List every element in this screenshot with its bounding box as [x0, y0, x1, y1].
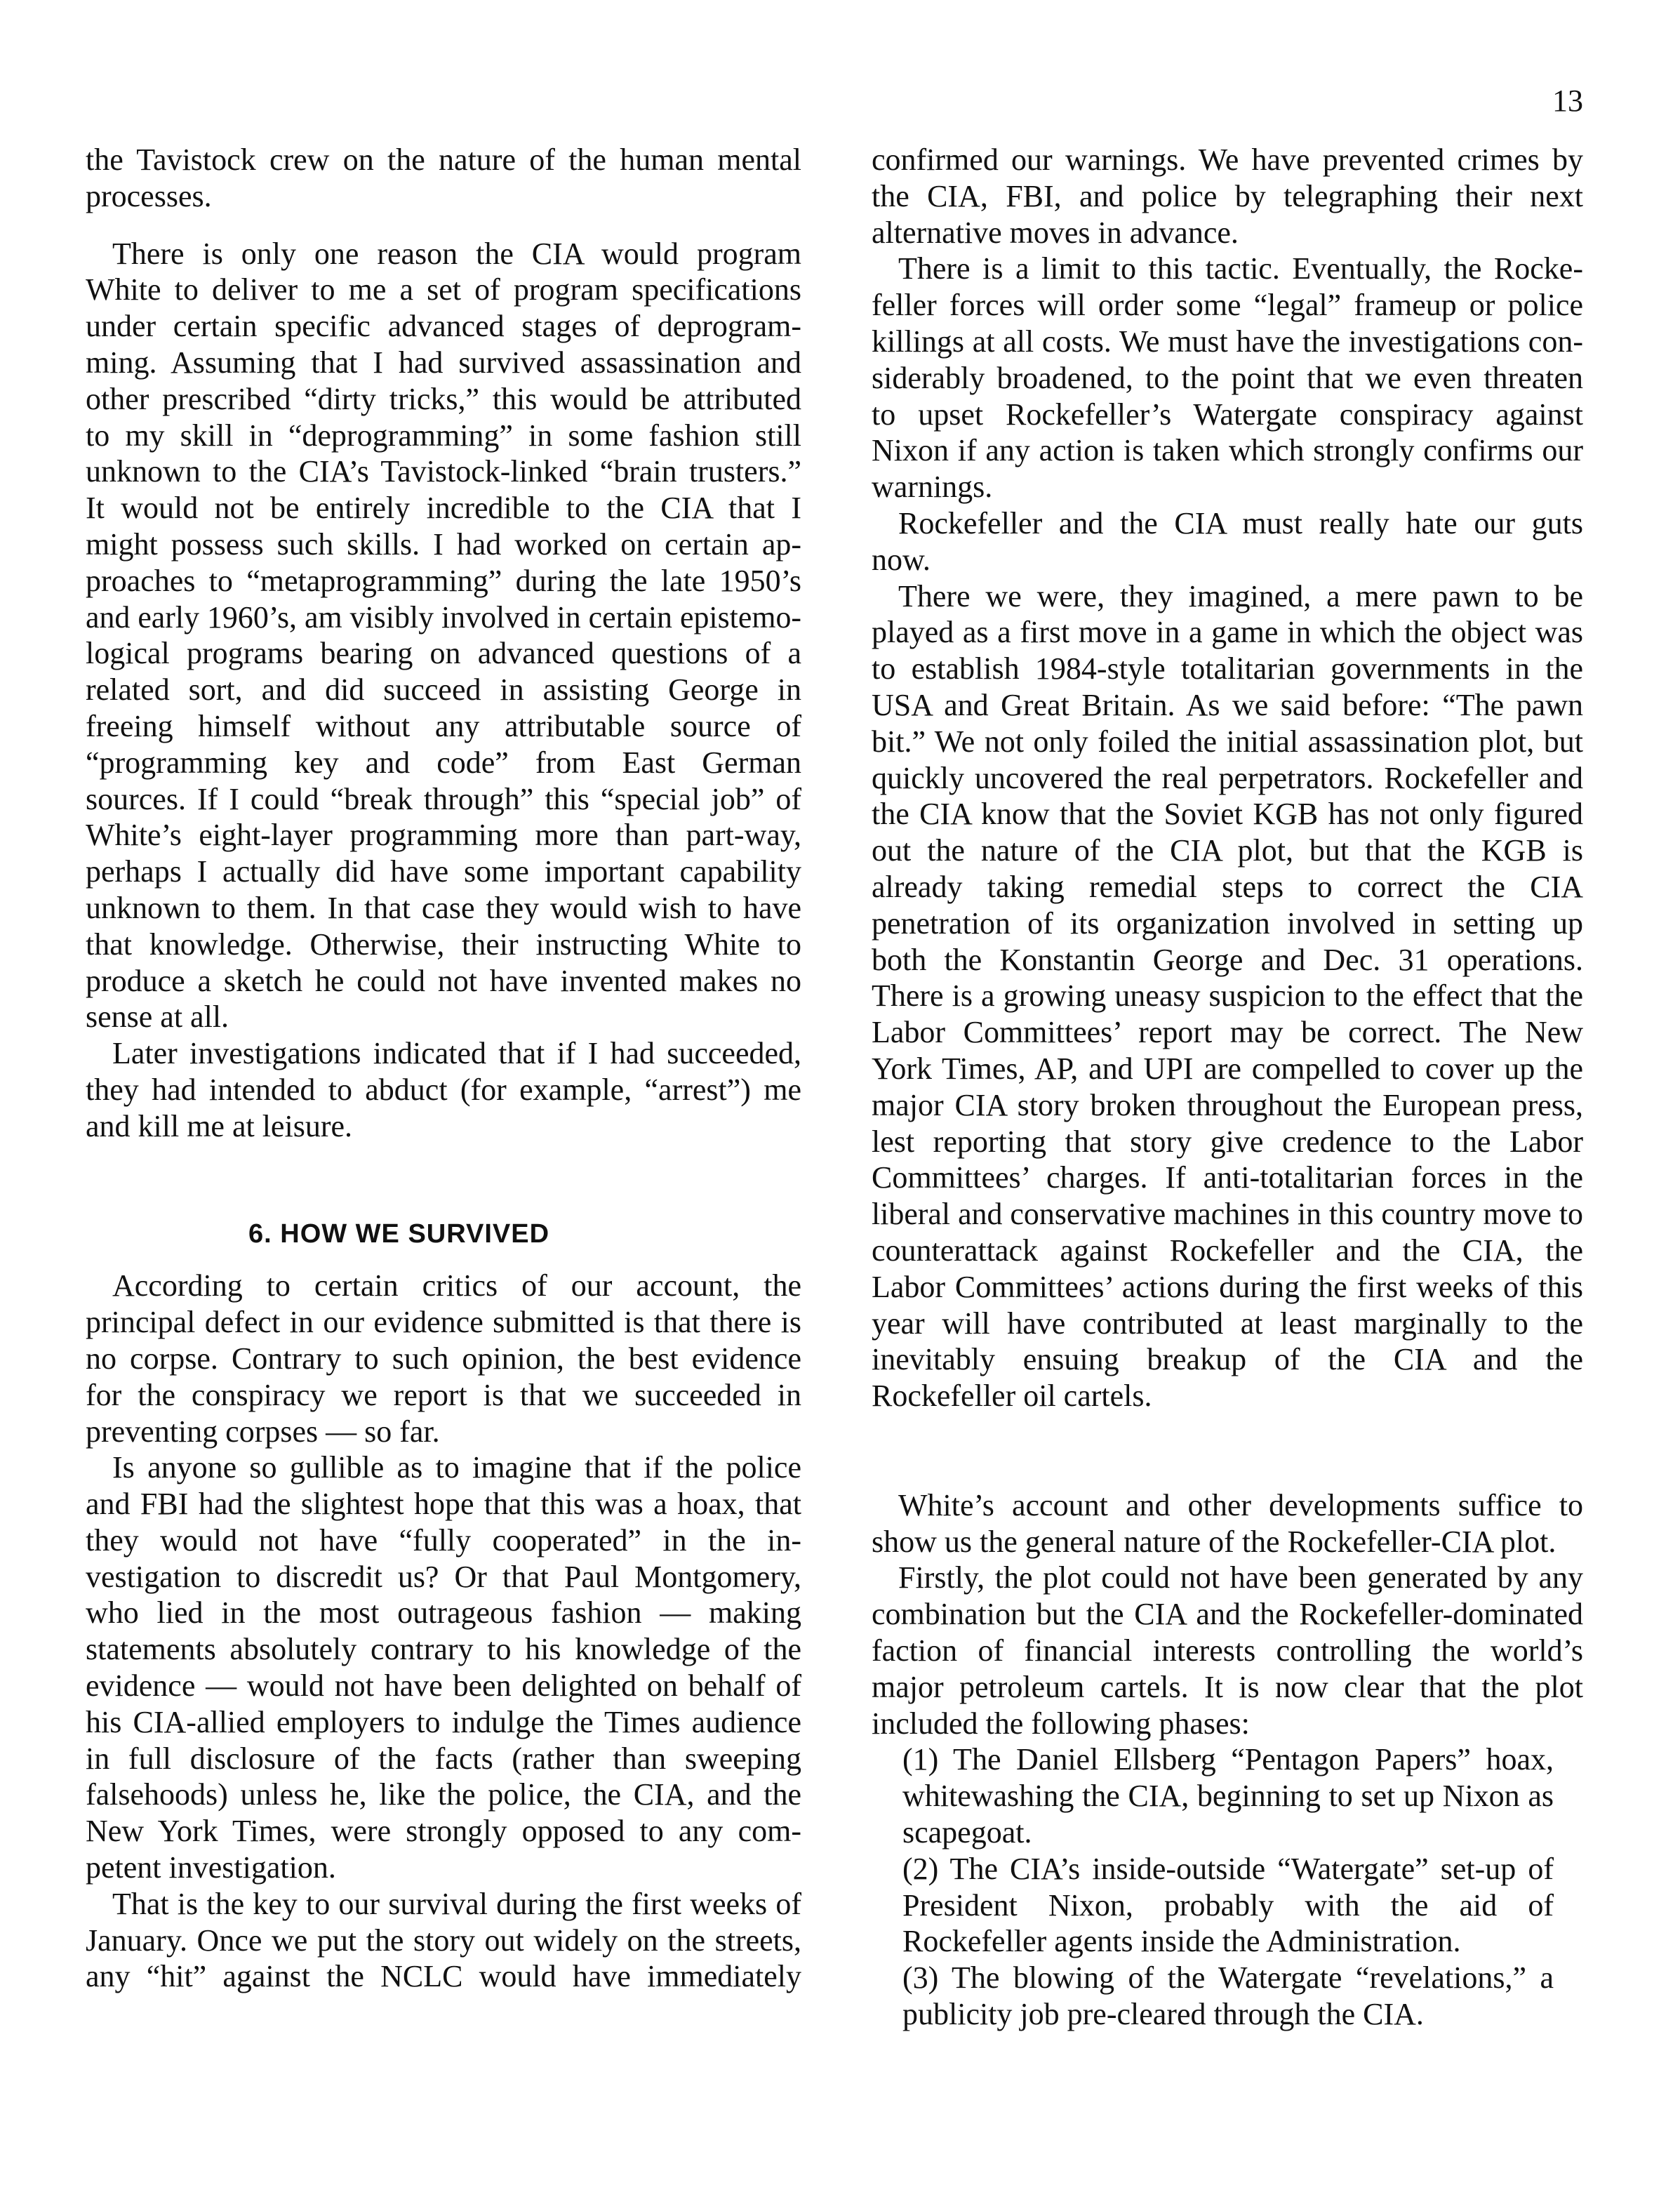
text-line: siderably broadened, to the point that w… — [872, 360, 1583, 397]
text-line: There is a limit to this tactic. Eventua… — [872, 251, 1583, 287]
paragraph: There is only one reason the CIA would p… — [86, 236, 801, 1036]
text-line: included the following phases: — [872, 1706, 1583, 1742]
text-line: principal defect in our evidence submitt… — [86, 1304, 801, 1341]
text-line: bit.” We not only foiled the initial ass… — [872, 724, 1583, 760]
text-line: faction of financial interests controlli… — [872, 1633, 1583, 1669]
paragraph: Later investigations indicated that if I… — [86, 1035, 801, 1144]
text-line: out the nature of the CIA plot, but that… — [872, 832, 1583, 869]
paragraph: Rockefeller and the CIA must really hate… — [872, 505, 1583, 578]
text-line: killings at all costs. We must have the … — [872, 324, 1583, 360]
text-line: statements absolutely contrary to his kn… — [86, 1631, 801, 1668]
text-line: might possess such skills. I had worked … — [86, 526, 801, 563]
text-line: logical programs bearing on advanced que… — [86, 635, 801, 672]
text-line: related sort, and did succeed in assisti… — [86, 672, 801, 708]
list-item: (1) The Daniel Ellsberg “Pentagon Papers… — [872, 1741, 1583, 1850]
text-line: ming. Assuming that I had survived assas… — [86, 345, 801, 381]
text-line: and early 1960’s, am visibly involved in… — [86, 599, 801, 636]
text-line: publicity job pre-cleared through the CI… — [872, 1996, 1554, 2033]
text-line: the Tavistock crew on the nature of the … — [86, 142, 801, 178]
text-line: vestigation to discredit us? Or that Pau… — [86, 1559, 801, 1595]
text-line: That is the key to our survival during t… — [86, 1886, 801, 1923]
right-column: confirmed our warnings. We have prevente… — [872, 142, 1583, 2033]
text-line: proaches to “metaprogramming” during the… — [86, 563, 801, 599]
text-line: unknown to them. In that case they would… — [86, 890, 801, 927]
text-line: White to deliver to me a set of program … — [86, 272, 801, 308]
text-line: New York Times, were strongly opposed to… — [86, 1813, 801, 1850]
text-line: to upset Rockefeller’s Watergate conspir… — [872, 397, 1583, 433]
text-line: major CIA story broken throughout the Eu… — [872, 1087, 1583, 1124]
text-line: in full disclosure of the facts (rather … — [86, 1741, 801, 1777]
text-line: According to certain critics of our acco… — [86, 1268, 801, 1304]
text-line: feller forces will order some “legal” fr… — [872, 287, 1583, 324]
text-line: year will have contributed at least marg… — [872, 1306, 1583, 1342]
text-line: penetration of its organization involved… — [872, 905, 1583, 942]
text-line: USA and Great Britain. As we said before… — [872, 687, 1583, 724]
text-line: There we were, they imagined, a mere paw… — [872, 578, 1583, 615]
text-line: sources. If I could “break through” this… — [86, 781, 801, 818]
text-line: It would not be entirely incredible to t… — [86, 490, 801, 526]
text-line: major petroleum cartels. It is now clear… — [872, 1669, 1583, 1706]
paragraph: confirmed our warnings. We have prevente… — [872, 142, 1583, 251]
text-line: falsehoods) unless he, like the police, … — [86, 1777, 801, 1813]
paragraph: According to certain critics of our acco… — [86, 1268, 801, 1449]
text-line: quickly uncovered the real perpetrators.… — [872, 760, 1583, 797]
text-line: York Times, AP, and UPI are compelled to… — [872, 1051, 1583, 1087]
paragraph: the Tavistock crew on the nature of the … — [86, 142, 801, 215]
text-line: any “hit” against the NCLC would have im… — [86, 1958, 801, 1995]
text-line: “programming key and code” from East Ger… — [86, 745, 801, 781]
text-line: There is a growing uneasy suspicion to t… — [872, 978, 1583, 1014]
list-item: (3) The blowing of the Watergate “revela… — [872, 1960, 1583, 2033]
text-line: and FBI had the slightest hope that this… — [86, 1486, 801, 1522]
text-line: they would not have “fully cooperated” i… — [86, 1522, 801, 1559]
text-line: Nixon if any action is taken which stron… — [872, 432, 1583, 469]
text-line: processes. — [86, 178, 801, 215]
text-line: under certain specific advanced stages o… — [86, 308, 801, 345]
text-line: January. Once we put the story out widel… — [86, 1923, 801, 1959]
text-line: liberal and conservative machines in thi… — [872, 1196, 1583, 1233]
text-line: whitewashing the CIA, beginning to set u… — [872, 1778, 1554, 1814]
text-line: (1) The Daniel Ellsberg “Pentagon Papers… — [872, 1741, 1554, 1778]
text-line: combination but the CIA and the Rockefel… — [872, 1596, 1583, 1633]
paragraph: There we were, they imagined, a mere paw… — [872, 578, 1583, 1414]
text-line: Labor Committees’ report may be correct.… — [872, 1014, 1583, 1051]
text-line: to my skill in “deprogramming” in some f… — [86, 418, 801, 454]
text-line: they had intended to abduct (for example… — [86, 1072, 801, 1108]
text-line: There is only one reason the CIA would p… — [86, 236, 801, 272]
text-line: that knowledge. Otherwise, their instruc… — [86, 927, 801, 963]
text-line: for the conspiracy we report is that we … — [86, 1377, 801, 1414]
text-line: to establish 1984-style totalitarian gov… — [872, 651, 1583, 687]
text-line: President Nixon, probably with the aid o… — [872, 1887, 1554, 1924]
text-line: inevitably ensuing breakup of the CIA an… — [872, 1341, 1583, 1378]
text-line: the CIA know that the Soviet KGB has not… — [872, 796, 1583, 832]
text-line: evidence — would not have been delighted… — [86, 1668, 801, 1704]
text-line: warnings. — [872, 469, 1583, 505]
paragraph: Firstly, the plot could not have been ge… — [872, 1560, 1583, 1741]
paragraph: Is anyone so gullible as to imagine that… — [86, 1449, 801, 1886]
text-line: now. — [872, 542, 1583, 578]
text-line: show us the general nature of the Rockef… — [872, 1524, 1583, 1560]
text-line: other prescribed “dirty tricks,” this wo… — [86, 381, 801, 418]
text-line: Rockefeller agents inside the Administra… — [872, 1923, 1554, 1960]
text-line: who lied in the most outrageous fashion … — [86, 1595, 801, 1631]
list-item: (2) The CIA’s inside-outside “Watergate”… — [872, 1851, 1583, 1960]
paragraph: There is a limit to this tactic. Eventua… — [872, 251, 1583, 505]
text-line: Labor Committees’ actions during the fir… — [872, 1269, 1583, 1306]
text-line: produce a sketch he could not have inven… — [86, 963, 801, 1000]
page-number: 13 — [1541, 83, 1583, 119]
text-line: (3) The blowing of the Watergate “revela… — [872, 1960, 1554, 1996]
text-line: unknown to the CIA’s Tavistock-linked “b… — [86, 453, 801, 490]
text-line: Committees’ charges. If anti-totalitaria… — [872, 1160, 1583, 1196]
text-line: no corpse. Contrary to such opinion, the… — [86, 1341, 801, 1377]
text-line: perhaps I actually did have some importa… — [86, 854, 801, 890]
text-line: preventing corpses — so far. — [86, 1414, 801, 1450]
text-line: lest reporting that story give credence … — [872, 1124, 1583, 1160]
text-line: and kill me at leisure. — [86, 1108, 801, 1145]
text-line: Rockefeller and the CIA must really hate… — [872, 505, 1583, 542]
text-line: (2) The CIA’s inside-outside “Watergate”… — [872, 1851, 1554, 1887]
paragraph: White’s account and other developments s… — [872, 1487, 1583, 1560]
text-line: White’s account and other developments s… — [872, 1487, 1583, 1524]
text-line: Is anyone so gullible as to imagine that… — [86, 1449, 801, 1486]
text-line: his CIA-allied employers to indulge the … — [86, 1704, 801, 1741]
phase-list: (1) The Daniel Ellsberg “Pentagon Papers… — [872, 1741, 1583, 2032]
text-line: counterattack against Rockefeller and th… — [872, 1233, 1583, 1269]
text-line: sense at all. — [86, 999, 801, 1035]
text-line: petent investigation. — [86, 1850, 801, 1886]
text-line: already taking remedial steps to correct… — [872, 869, 1583, 905]
text-line: scapegoat. — [872, 1814, 1554, 1851]
text-line: White’s eight-layer programming more tha… — [86, 817, 801, 854]
text-line: Rockefeller oil cartels. — [872, 1378, 1583, 1414]
text-line: played as a first move in a game in whic… — [872, 614, 1583, 651]
text-line: freeing himself without any attributable… — [86, 708, 801, 745]
left-column: the Tavistock crew on the nature of the … — [86, 142, 801, 1995]
text-line: Firstly, the plot could not have been ge… — [872, 1560, 1583, 1596]
text-line: Later investigations indicated that if I… — [86, 1035, 801, 1072]
paragraph: That is the key to our survival during t… — [86, 1886, 801, 1995]
text-line: confirmed our warnings. We have prevente… — [872, 142, 1583, 178]
text-line: the CIA, FBI, and police by telegraphing… — [872, 178, 1583, 215]
text-line: alternative moves in advance. — [872, 215, 1583, 251]
text-line: both the Konstantin George and Dec. 31 o… — [872, 942, 1583, 978]
section-heading: 6. HOW WE SURVIVED — [86, 1216, 801, 1253]
